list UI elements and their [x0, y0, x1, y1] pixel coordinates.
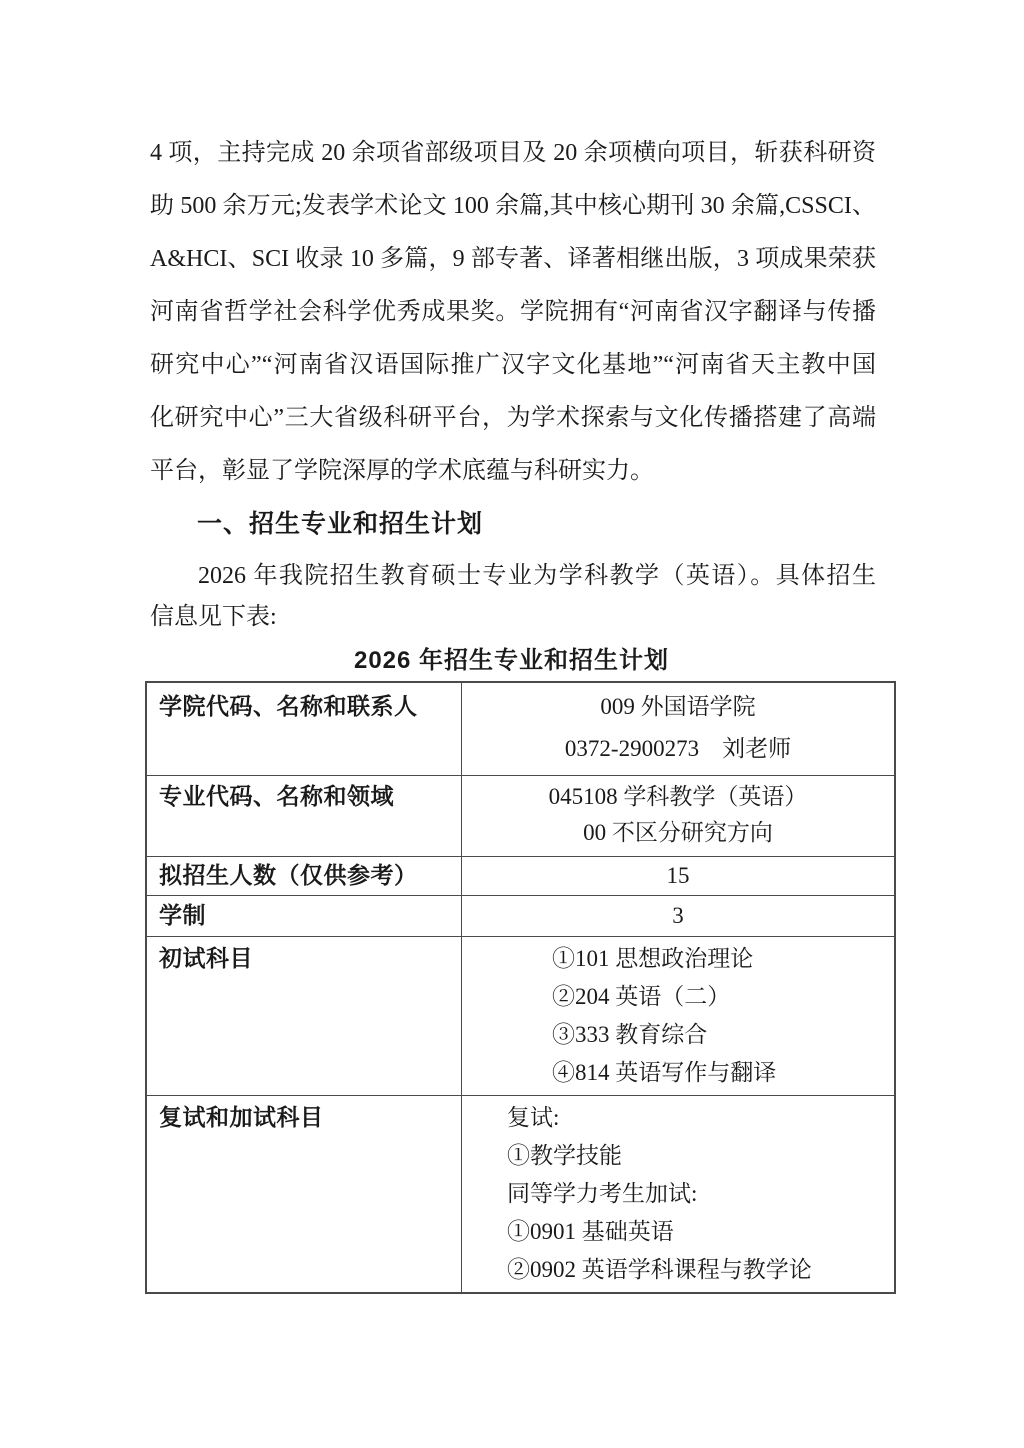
admission-plan-table: 学院代码、名称和联系人 009 外国语学院 0372-2900273 刘老师 专…: [145, 681, 896, 1294]
intro-line: 平台，彰显了学院深厚的学术底蕴与科研实力。: [145, 445, 878, 498]
cell-line: 0372-2900273 刘老师: [463, 728, 893, 770]
intro-line: 河南省哲学社会科学优秀成果奖。学院拥有“河南省汉字翻译与传播: [145, 286, 878, 339]
table-row-retest-exams: 复试和加试科目 复试: ①教学技能 同等学力考生加试: ①0901 基础英语 ②…: [146, 1096, 895, 1294]
row-label-college-code: 学院代码、名称和联系人: [146, 682, 462, 776]
row-label-retest-exams: 复试和加试科目: [146, 1096, 462, 1294]
document-page: 4 项，主持完成 20 余项省部级项目及 20 余项横向项目，斩获科研资 助 5…: [145, 0, 878, 1294]
row-value-college-code: 009 外国语学院 0372-2900273 刘老师: [462, 682, 896, 776]
cell-line: ①教学技能: [507, 1137, 893, 1175]
row-label-duration: 学制: [146, 896, 462, 937]
cell-line: 00 不区分研究方向: [463, 815, 893, 851]
row-value-quota: 15: [462, 857, 896, 896]
cell-line: 复试:: [507, 1099, 893, 1137]
intro-line: A&HCI、SCI 收录 10 多篇，9 部专著、译著相继出版，3 项成果荣获: [145, 233, 878, 286]
cell-line: 045108 学科教学（英语）: [463, 779, 893, 815]
row-label-quota: 拟招生人数（仅供参考）: [146, 857, 462, 896]
cell-line: ①0901 基础英语: [507, 1213, 893, 1251]
table-row-major: 专业代码、名称和领域 045108 学科教学（英语） 00 不区分研究方向: [146, 776, 895, 857]
row-value-retest-exams: 复试: ①教学技能 同等学力考生加试: ①0901 基础英语 ②0902 英语学…: [462, 1096, 896, 1294]
table-row-duration: 学制 3: [146, 896, 895, 937]
intro-line: 助 500 余万元;发表学术论文 100 余篇,其中核心期刊 30 余篇,CSS…: [145, 180, 878, 233]
table-title: 2026 年招生专业和招生计划: [145, 644, 878, 678]
intro-line: 4 项，主持完成 20 余项省部级项目及 20 余项横向项目，斩获科研资: [145, 127, 878, 180]
row-value-duration: 3: [462, 896, 896, 937]
cell-line: 15: [463, 860, 893, 892]
table-row-college: 学院代码、名称和联系人 009 外国语学院 0372-2900273 刘老师: [146, 682, 895, 776]
row-value-major-code: 045108 学科教学（英语） 00 不区分研究方向: [462, 776, 896, 857]
row-label-initial-exams: 初试科目: [146, 937, 462, 1096]
cell-line: ②0902 英语学科课程与教学论: [507, 1251, 893, 1289]
lead-in-line: 信息见下表:: [145, 597, 878, 638]
table-row-quota: 拟招生人数（仅供参考） 15: [146, 857, 895, 896]
cell-line: ①101 思想政治理论: [552, 940, 893, 978]
cell-line: 009 外国语学院: [463, 686, 893, 728]
row-label-major-code: 专业代码、名称和领域: [146, 776, 462, 857]
intro-paragraph: 4 项，主持完成 20 余项省部级项目及 20 余项横向项目，斩获科研资 助 5…: [145, 127, 878, 498]
table-row-initial-exams: 初试科目 ①101 思想政治理论 ②204 英语（二） ③333 教育综合 ④8…: [146, 937, 895, 1096]
cell-line: 3: [463, 899, 893, 933]
cell-line: ②204 英语（二）: [552, 978, 893, 1016]
lead-in-line: 2026 年我院招生教育硕士专业为学科教学（英语）。具体招生: [145, 556, 878, 597]
cell-line: ④814 英语写作与翻译: [552, 1054, 893, 1092]
row-value-initial-exams: ①101 思想政治理论 ②204 英语（二） ③333 教育综合 ④814 英语…: [462, 937, 896, 1096]
intro-line: 研究中心”“河南省汉语国际推广汉字文化基地”“河南省天主教中国: [145, 339, 878, 392]
cell-line: ③333 教育综合: [552, 1016, 893, 1054]
intro-line: 化研究中心”三大省级科研平台，为学术探索与文化传播搭建了高端: [145, 392, 878, 445]
lead-in-paragraph: 2026 年我院招生教育硕士专业为学科教学（英语）。具体招生 信息见下表:: [145, 556, 878, 638]
cell-line: 同等学力考生加试:: [507, 1175, 893, 1213]
section-heading: 一、招生专业和招生计划: [145, 504, 878, 544]
